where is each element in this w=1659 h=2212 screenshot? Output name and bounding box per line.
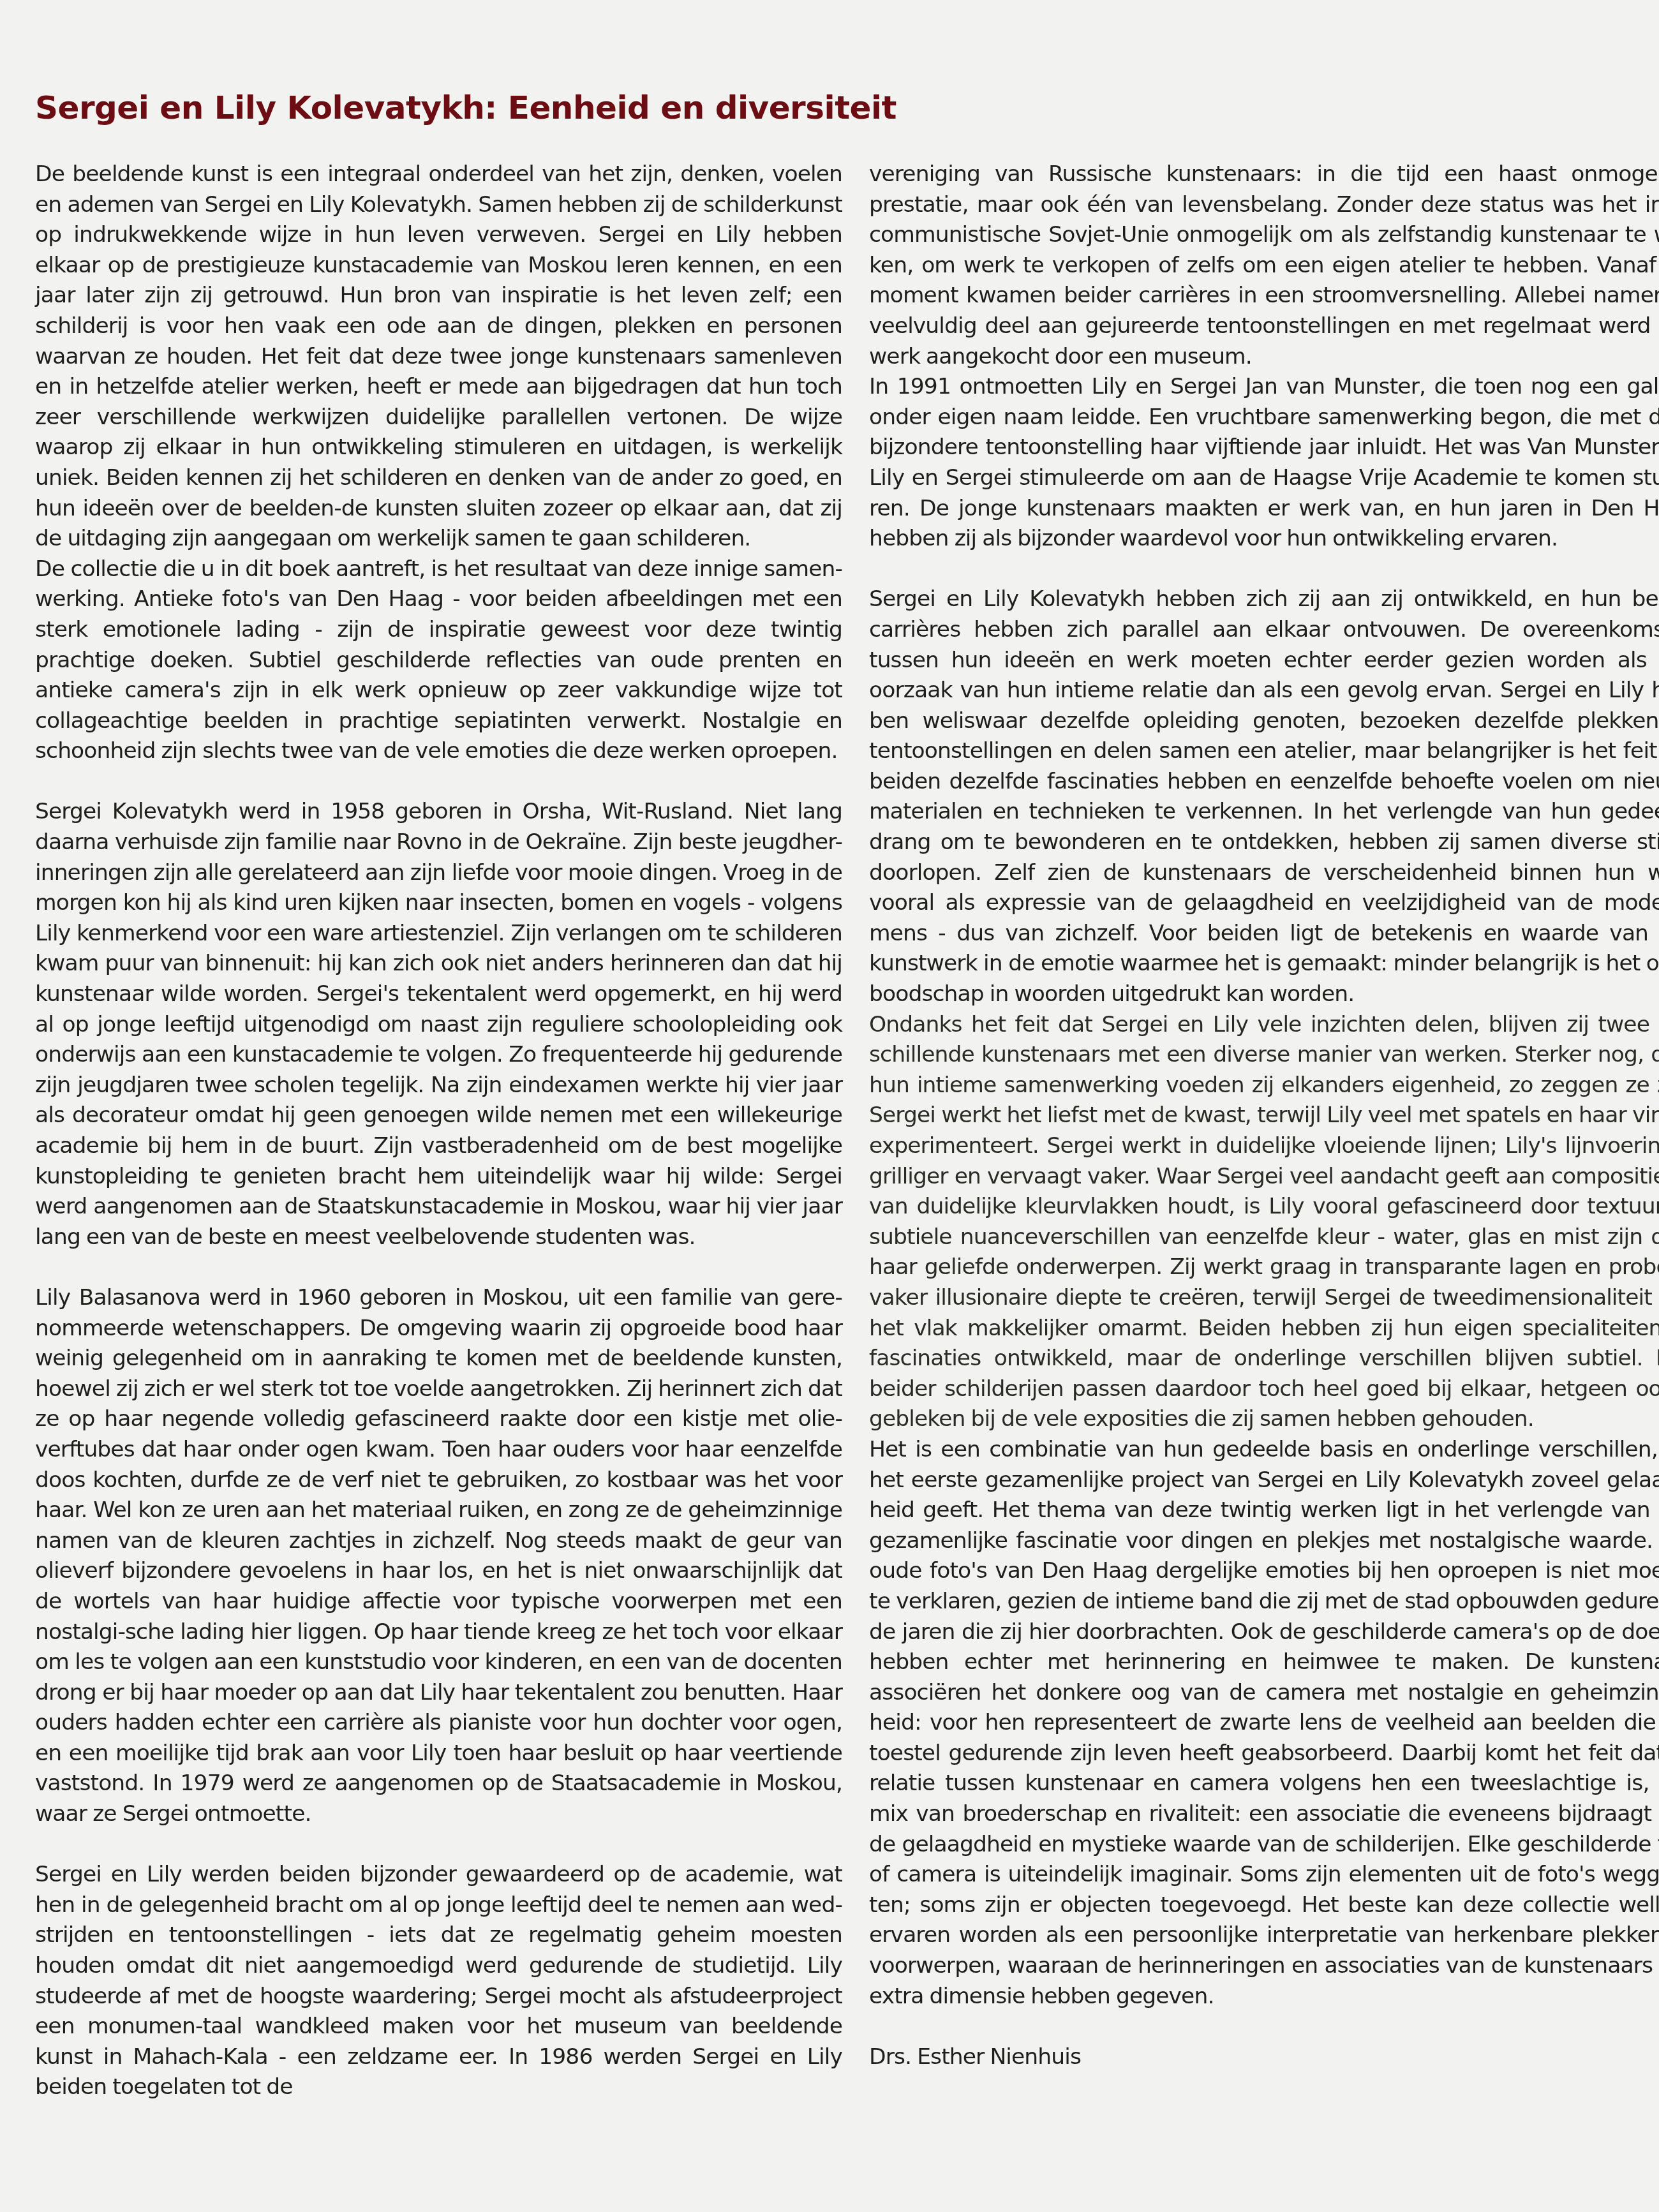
article-title: Sergei en Lily Kolevatykh: Eenheid en di… [35,89,896,126]
paragraph-sergei-bio: Sergei Kolevatykh werd in 1958 geboren i… [35,797,842,1252]
paragraph-collection: De collectie die u in dit boek aantreft,… [35,554,842,767]
paragraph-lily-bio: Lily Balasanova werd in 1960 geboren in … [35,1283,842,1830]
author-signature: Drs. Esther Nienhuis [869,2042,1659,2073]
right-column: vereniging van Russische kunstenaars: in… [869,160,1659,2072]
paragraph-van-munster: In 1991 ontmoetten Lily en Sergei Jan va… [869,372,1659,554]
paragraph-combination: Het is een combinatie van hun gedeelde b… [869,1435,1659,2012]
paragraph-intro: De beeldende kunst is een integraal onde… [35,160,842,554]
paragraph-academy: Sergei en Lily werden beiden bijzonder g… [35,1860,842,2103]
left-column: De beeldende kunst is een integraal onde… [35,160,842,2103]
paragraph-parallel-careers: Sergei en Lily Kolevatykh hebben zich zi… [869,584,1659,1009]
paragraph-differences: Ondanks het feit dat Sergei en Lily vele… [869,1010,1659,1435]
paragraph-union: vereniging van Russische kunstenaars: in… [869,160,1659,372]
document-page: Sergei en Lily Kolevatykh: Eenheid en di… [0,0,1659,2212]
